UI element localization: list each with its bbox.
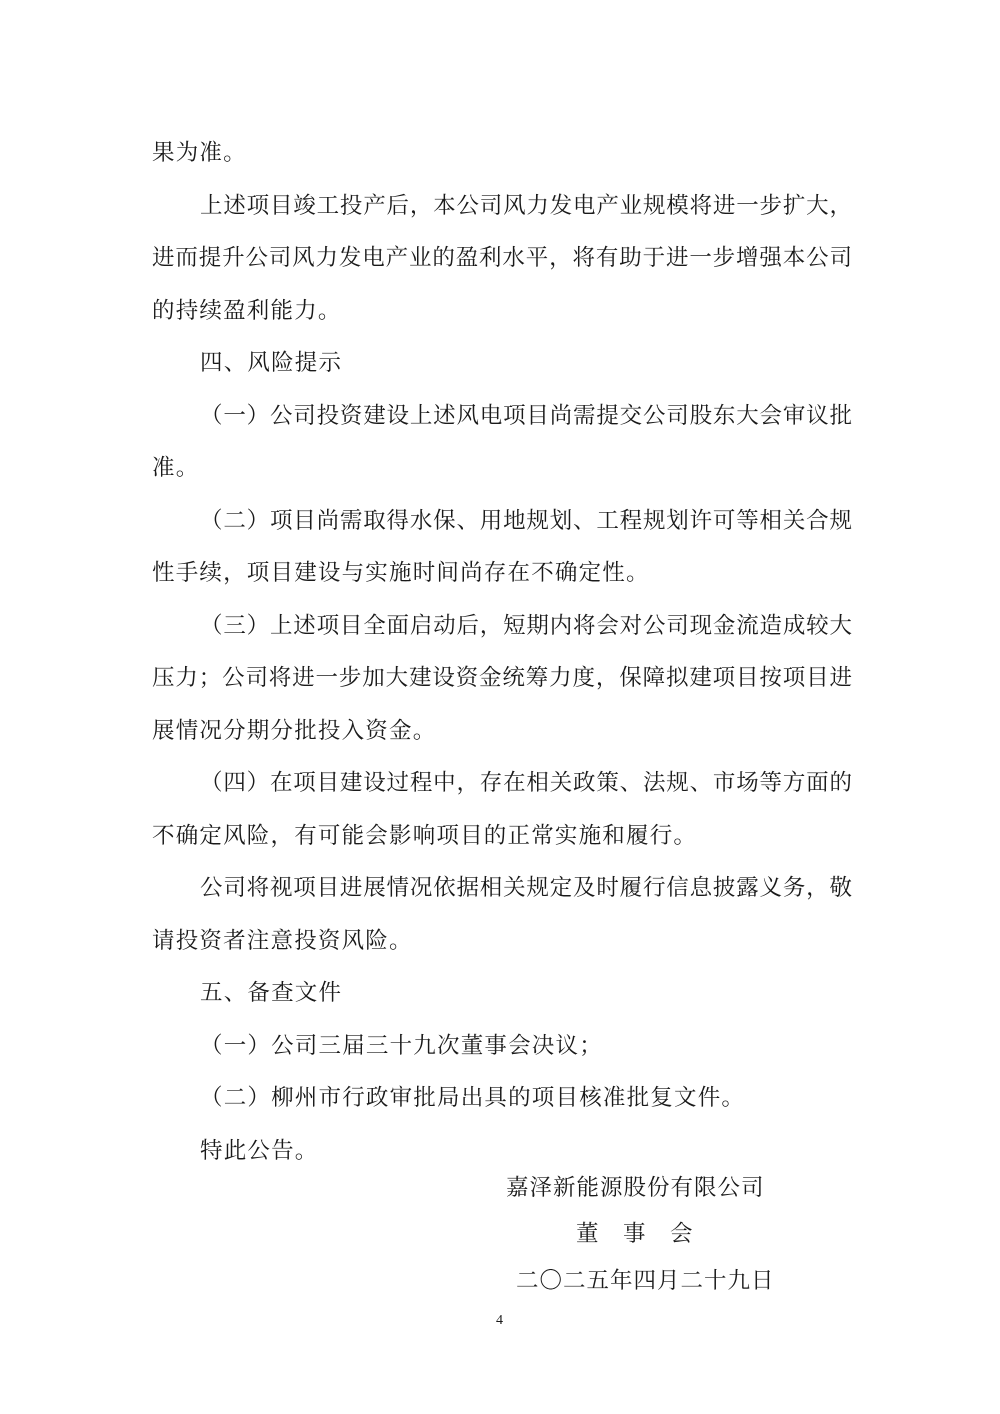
text-line: （一）公司投资建设上述风电项目尚需提交公司股东大会审议批 bbox=[152, 390, 852, 443]
text-line: 上述项目竣工投产后，本公司风力发电产业规模将进一步扩大， bbox=[152, 180, 852, 233]
text-line: 性手续，项目建设与实施时间尚存在不确定性。 bbox=[152, 547, 852, 600]
section-heading: 五、备查文件 bbox=[152, 967, 852, 1020]
text-line: （四）在项目建设过程中，存在相关政策、法规、市场等方面的 bbox=[152, 757, 852, 810]
text-line: （三）上述项目全面启动后，短期内将会对公司现金流造成较大 bbox=[152, 600, 852, 653]
text-line: 请投资者注意投资风险。 bbox=[152, 915, 852, 968]
text-line: 压力；公司将进一步加大建设资金统筹力度，保障拟建项目按项目进 bbox=[152, 652, 852, 705]
reference-item: （一）公司三届三十九次董事会决议； bbox=[152, 1020, 852, 1073]
section-heading: 四、风险提示 bbox=[152, 337, 852, 390]
document-body: 果为准。 上述项目竣工投产后，本公司风力发电产业规模将进一步扩大， 进而提升公司… bbox=[152, 127, 852, 1177]
signature-company: 嘉泽新能源股份有限公司 bbox=[506, 1170, 765, 1202]
text-line: 展情况分期分批投入资金。 bbox=[152, 705, 852, 758]
text-line: 的持续盈利能力。 bbox=[152, 285, 852, 338]
signature-date: 二〇二五年四月二十九日 bbox=[516, 1263, 775, 1295]
text-line: 公司将视项目进展情况依据相关规定及时履行信息披露义务，敬 bbox=[152, 862, 852, 915]
text-line: 准。 bbox=[152, 442, 852, 495]
signature-board: 董 事 会 bbox=[576, 1216, 694, 1248]
page-number: 4 bbox=[496, 1313, 503, 1329]
text-line: （二）项目尚需取得水保、用地规划、工程规划许可等相关合规 bbox=[152, 495, 852, 548]
text-line: 进而提升公司风力发电产业的盈利水平，将有助于进一步增强本公司 bbox=[152, 232, 852, 285]
reference-item: （二）柳州市行政审批局出具的项目核准批复文件。 bbox=[152, 1072, 852, 1125]
text-line: 果为准。 bbox=[152, 127, 852, 180]
text-line: 不确定风险，有可能会影响项目的正常实施和履行。 bbox=[152, 810, 852, 863]
